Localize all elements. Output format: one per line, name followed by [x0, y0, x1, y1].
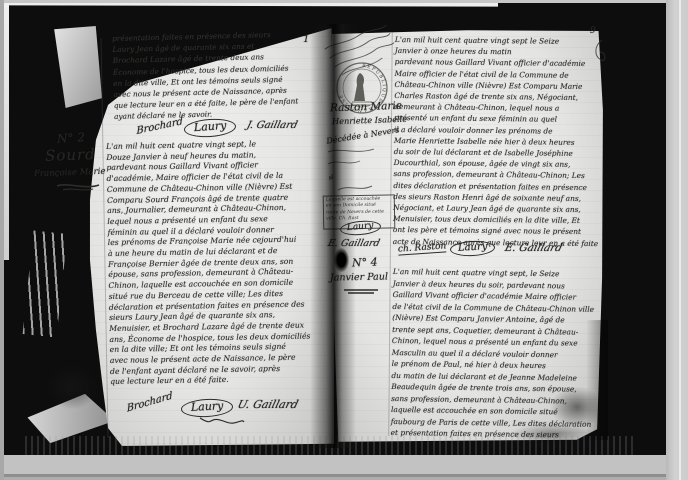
act-2-text: L'an mil huit cent quatre vingt sept, le… [106, 138, 324, 388]
signature-oval: Laury [183, 117, 237, 139]
margin-underline-flourish [55, 182, 101, 192]
signature-gaillard-margin: E. Gaillard [327, 238, 381, 249]
scanner-frame-top [0, 0, 688, 3]
act-3-margin-name-line1: Raston Marie [330, 100, 402, 115]
act-4-margin-number: N° 4 [352, 256, 378, 270]
photo-paper-edge-left [4, 2, 9, 260]
margin-underline-flourish [342, 288, 382, 296]
act-4-margin-name: Janvier Paul [330, 271, 388, 283]
act-1-continuation-text: présentation faites en présence des sieu… [112, 28, 318, 123]
scanner-frame-right-line [679, 0, 681, 480]
scanned-register-photo: 1 présentation faites en présence des si… [0, 0, 688, 480]
scanner-frame-left [0, 0, 4, 480]
binding-ink-blob [334, 248, 349, 272]
signature-laury-3: Laury [450, 240, 496, 257]
signature-gaillard-2: U. Gaillard [236, 398, 299, 411]
scanner-frame-right [666, 0, 688, 480]
death-note-scribble [326, 146, 390, 198]
book-foreedge-top-corner [50, 26, 102, 108]
book-foreedge-middle [23, 231, 68, 338]
signature-paraph-flourish [196, 414, 246, 428]
signature-laury-1: Laury [183, 117, 237, 139]
signature-oval: Laury [450, 240, 496, 257]
signature-gaillard-1: J. Gaillard [246, 120, 299, 131]
act-2-margin-number: N° 2 [57, 130, 86, 145]
act-4-text: L'an mil huit cent quatre vingt sept, le… [391, 266, 603, 441]
signature-gaillard-3: E. Gaillard [503, 242, 563, 254]
folio-number: 9 [590, 26, 596, 36]
act-3-text: L'an mil huit cent quatre vingt sept le … [393, 34, 601, 249]
scanner-frame-bottom [0, 455, 688, 480]
act-2-margin-surname: Sourd [45, 145, 96, 165]
